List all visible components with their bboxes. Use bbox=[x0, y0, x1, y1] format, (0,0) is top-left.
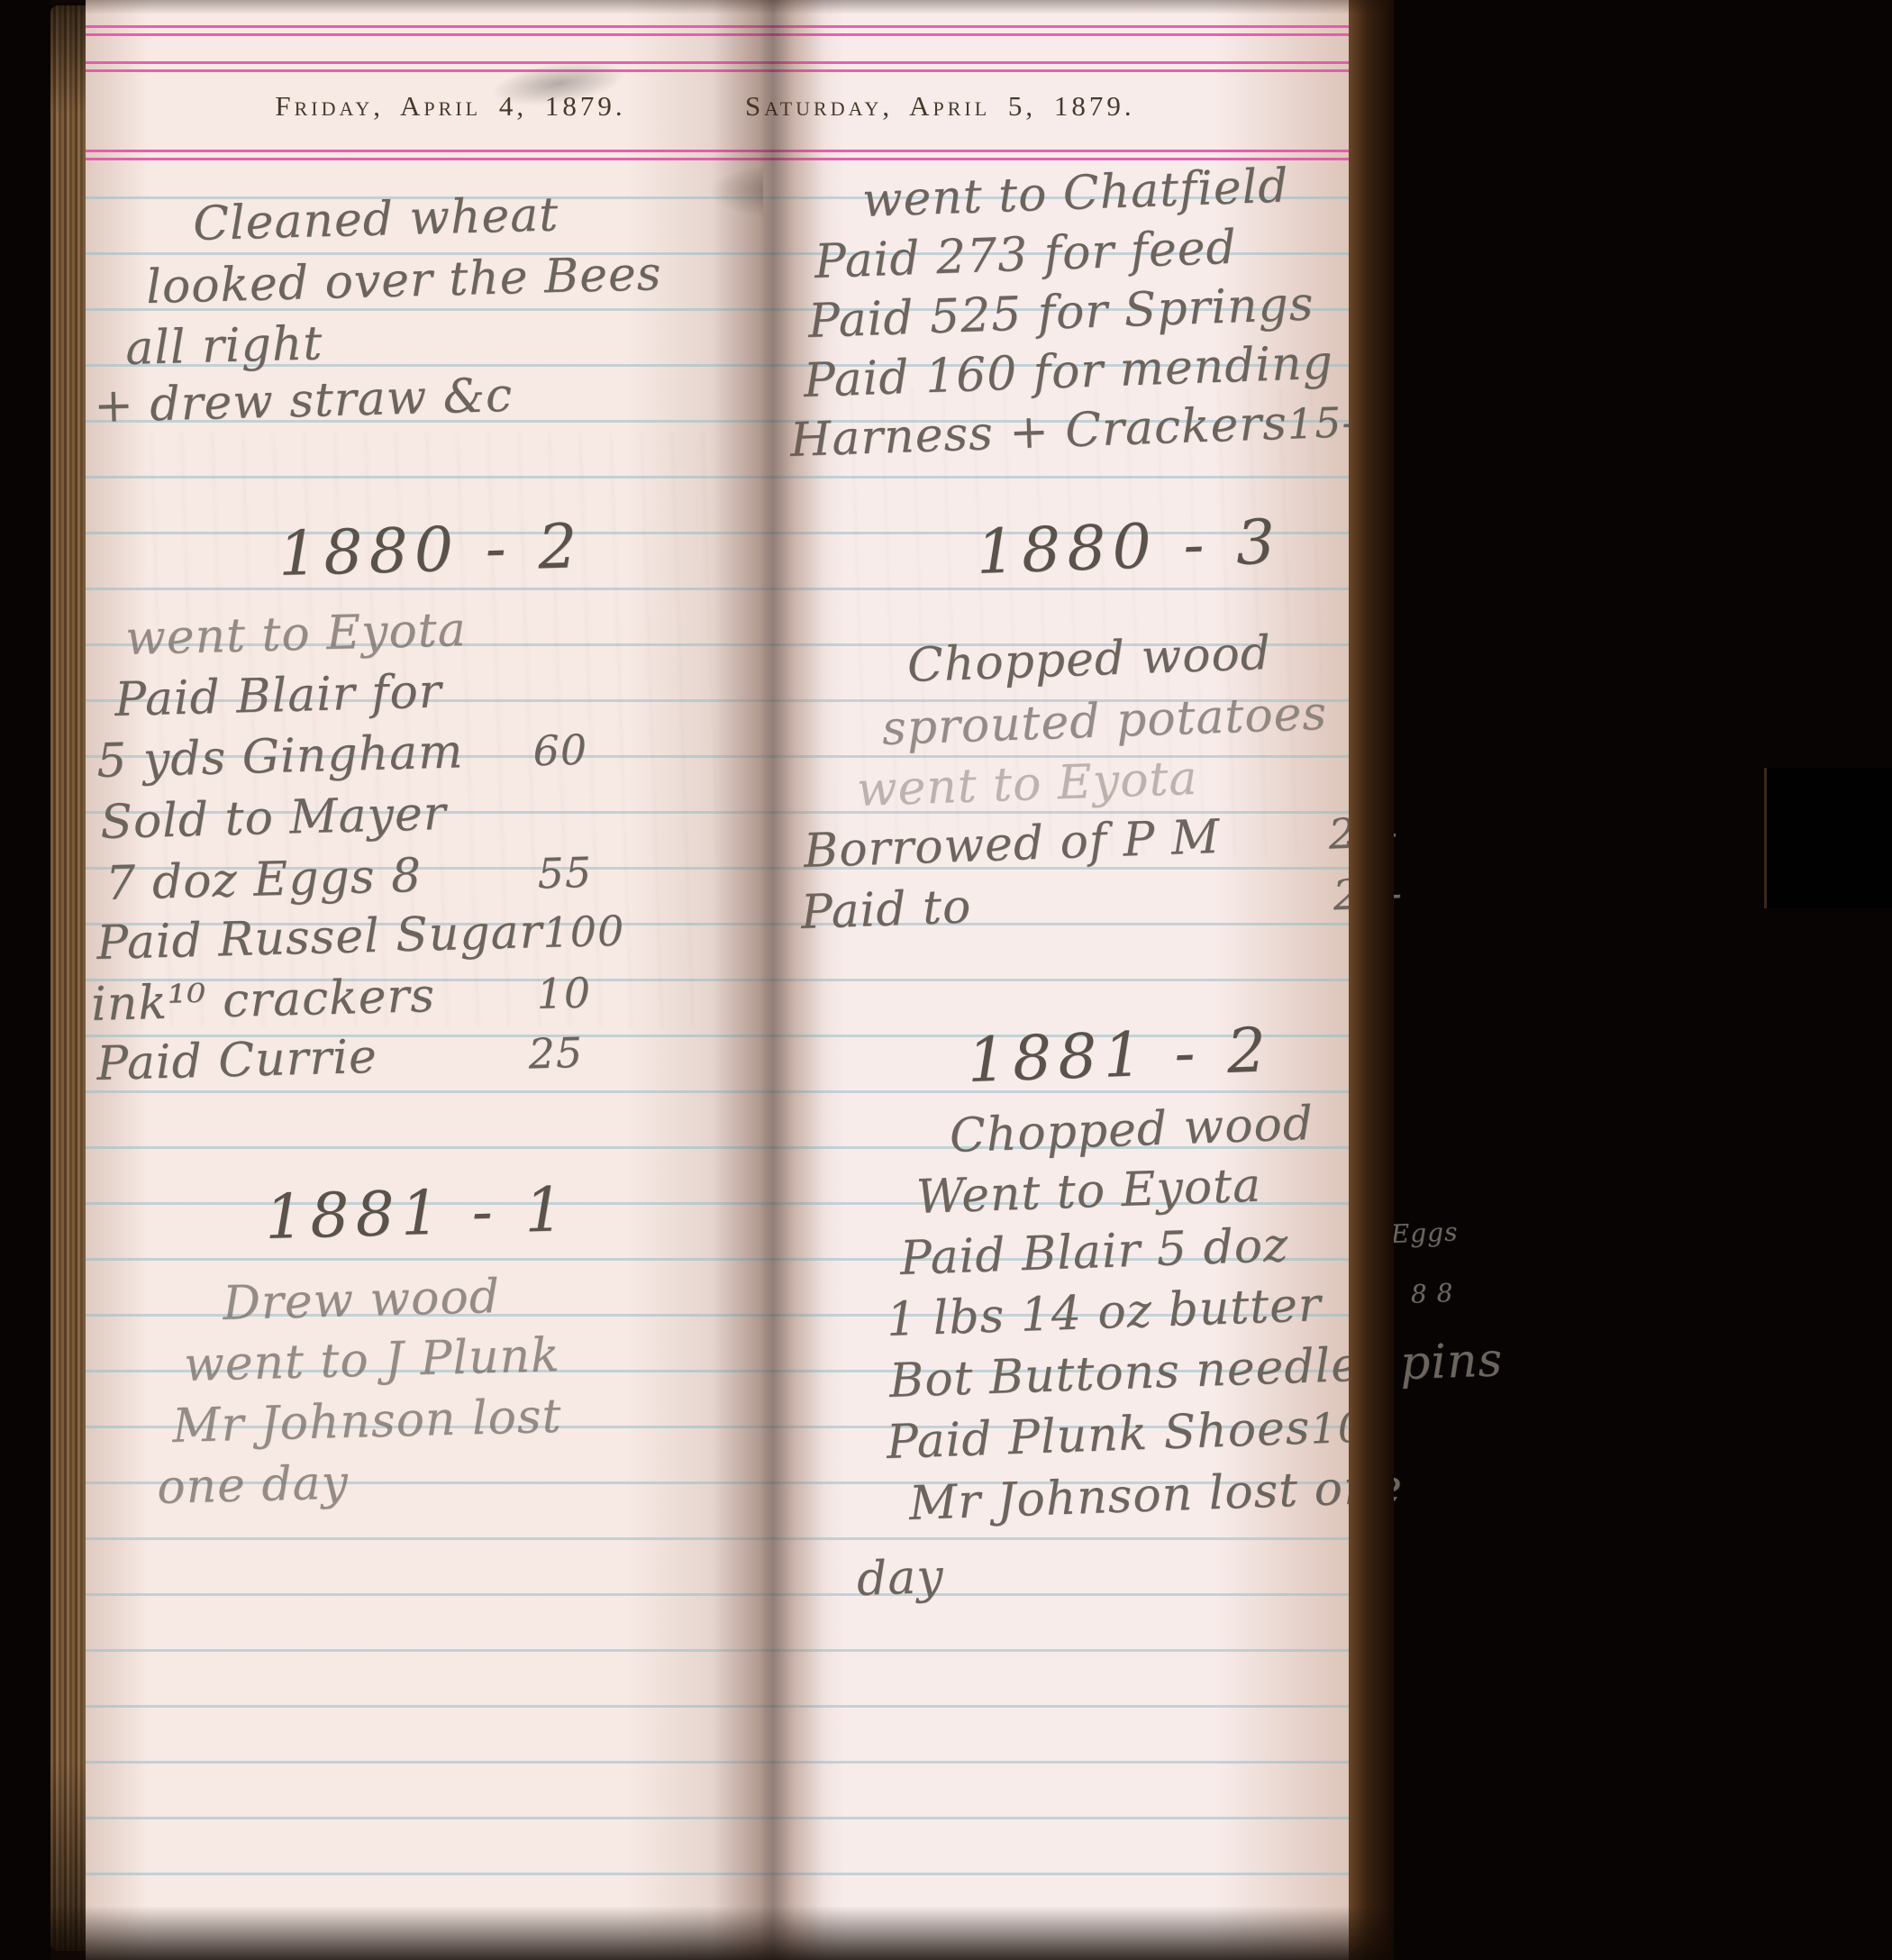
diary-page-right: Saturday, April 5, 1879. went to Chatfie… bbox=[763, 0, 1349, 1960]
handwritten-line: one day bbox=[157, 1458, 350, 1512]
handwritten-line: Drew wood bbox=[223, 1272, 501, 1329]
handwritten-line: day bbox=[856, 1553, 945, 1605]
handwritten-line: Chopped wood bbox=[949, 1099, 1314, 1162]
handwritten-line: + drew straw &c bbox=[94, 371, 514, 432]
pink-rule bbox=[86, 25, 763, 37]
top-edge-shadow bbox=[50, 0, 1394, 14]
handwritten-line: went to J Plunk bbox=[184, 1331, 561, 1390]
handwritten-line: went to Eyota bbox=[856, 754, 1198, 816]
handwritten-line: went to Eyota bbox=[125, 606, 468, 663]
book-page-edges-left bbox=[50, 5, 86, 1951]
amount: 55 bbox=[537, 851, 593, 896]
pink-rule bbox=[86, 150, 763, 161]
pink-rule bbox=[763, 25, 1349, 37]
margin-note: 8 8 bbox=[1410, 1280, 1454, 1308]
handwritten-line: Chopped wood bbox=[906, 629, 1272, 691]
pink-rule bbox=[763, 61, 1349, 73]
handwritten-line: Mr Johnson lost bbox=[172, 1392, 563, 1452]
book-cover-edge-right bbox=[1349, 0, 1394, 1960]
amount: 25 bbox=[528, 1031, 584, 1076]
handwritten-line: Cleaned wheat bbox=[193, 190, 559, 249]
amount: 15- bbox=[1287, 400, 1358, 446]
handwritten-line: Sold to Mayer bbox=[100, 789, 448, 848]
diary-photo: Friday, April 4, 1879. Cleaned wheat loo… bbox=[0, 0, 1892, 1960]
margin-note: Eggs bbox=[1390, 1218, 1459, 1247]
year-heading: 1880 - 3 bbox=[976, 510, 1283, 585]
bottom-edge-shadow bbox=[50, 1906, 1394, 1960]
year-heading: 1881 - 1 bbox=[264, 1178, 570, 1250]
handwritten-line: all right bbox=[125, 319, 323, 373]
page-date-header: Saturday, April 5, 1879. bbox=[745, 90, 1087, 123]
book-clasp-notch bbox=[1764, 768, 1892, 908]
pink-rule bbox=[86, 61, 763, 73]
amount: 60 bbox=[532, 728, 588, 773]
amount: 100 bbox=[542, 909, 625, 955]
handwritten-line: Paid Blair for bbox=[114, 668, 443, 725]
amount: 10 bbox=[536, 971, 592, 1016]
page-date-header: Friday, April 4, 1879. bbox=[198, 90, 703, 123]
year-heading: 1881 - 2 bbox=[967, 1018, 1274, 1093]
handwritten-line: Went to Eyota bbox=[915, 1162, 1262, 1223]
year-heading: 1880 - 2 bbox=[277, 515, 584, 587]
handwritten-line: looked over the Bees bbox=[146, 250, 663, 313]
diary-page-left: Friday, April 4, 1879. Cleaned wheat loo… bbox=[86, 0, 763, 1960]
handwritten-line: Paid Russel Sugar100 bbox=[96, 907, 588, 969]
